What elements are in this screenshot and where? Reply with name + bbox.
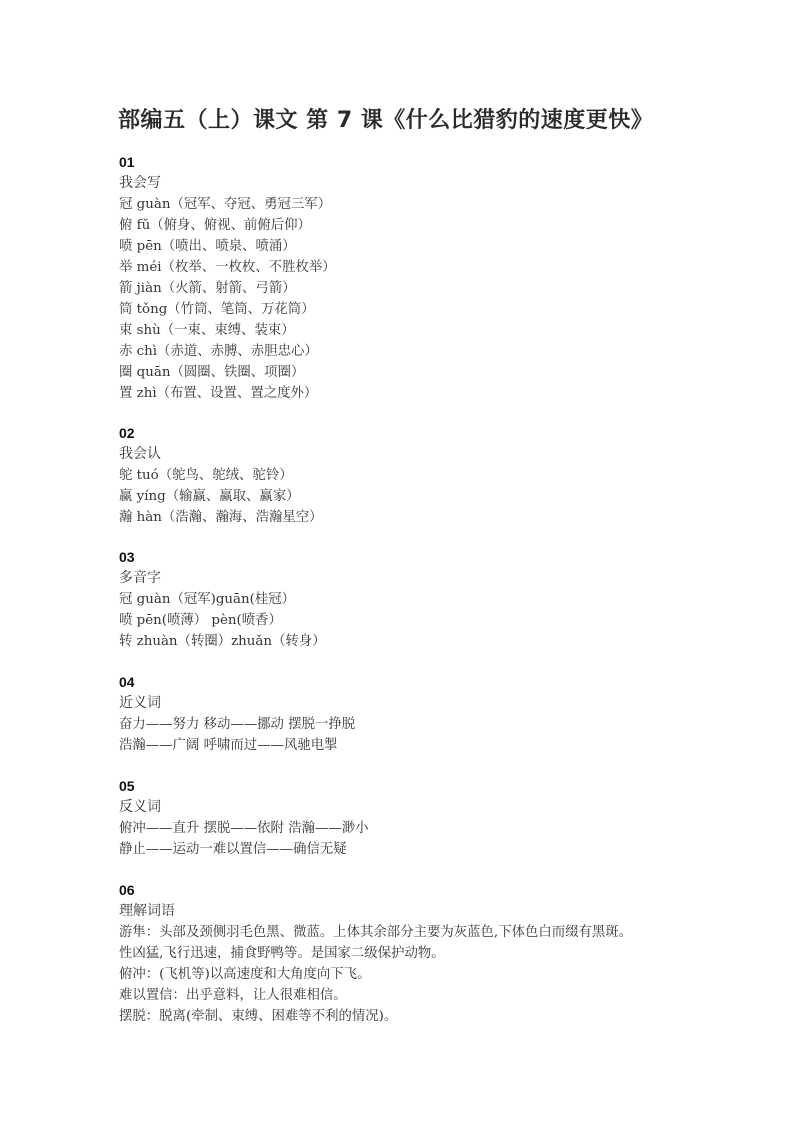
page-title: 部编五（上）课文 第 7 课《什么比猎豹的速度更快》 [118,103,653,134]
document-page: 部编五（上）课文 第 7 课《什么比猎豹的速度更快》 01 我会写 冠 guàn… [0,0,793,1122]
list-item: 赤 chì（赤道、赤膊、赤胆忠心） [119,341,336,362]
list-item: 转 zhuàn（转圈）zhuǎn（转身） [119,631,326,652]
section-01: 01 我会写 冠 guàn（冠军、夺冠、勇冠三军） 俯 fǔ（俯身、俯视、前俯后… [119,152,336,404]
section-heading: 多音字 [119,568,326,589]
section-05: 05 反义词 俯冲——直升 摆脱——依附 浩瀚——渺小 静止——运动一难以置信—… [119,776,369,860]
list-item: 俯冲——直升 摆脱——依附 浩瀚——渺小 [119,818,369,839]
list-item: 置 zhì（布置、设置、置之度外） [119,383,336,404]
section-number: 02 [119,423,323,444]
section-04: 04 近义词 奋力——努力 移动——挪动 摆脱一挣脱 浩瀚——广阔 呼啸而过——… [119,672,355,756]
list-item: 举 méi（枚举、一枚枚、不胜枚举） [119,257,336,278]
list-item: 圈 quān（圆圈、铁圈、项圈） [119,362,336,383]
list-item: 鸵 tuó（鸵鸟、鸵绒、驼铃） [119,465,323,486]
section-number: 01 [119,152,336,173]
section-06: 06 理解词语 游隼：头部及颈侧羽毛色黑、微蓝。上体其余部分主要为灰蓝色,下体色… [119,880,632,1027]
list-item: 难以置信：出乎意料，让人很难相信。 [119,985,632,1006]
list-item: 冠 guàn（冠军、夺冠、勇冠三军） [119,194,336,215]
list-item: 冠 guàn（冠军)guān(桂冠） [119,589,326,610]
list-item: 浩瀚——广阔 呼啸而过——风驰电掣 [119,735,355,756]
section-heading: 我会写 [119,173,336,194]
list-item: 静止——运动一难以置信——确信无疑 [119,839,369,860]
section-heading: 我会认 [119,444,323,465]
list-item: 游隼：头部及颈侧羽毛色黑、微蓝。上体其余部分主要为灰蓝色,下体色白而缀有黑斑。 [119,922,632,943]
section-number: 06 [119,880,632,901]
section-heading: 反义词 [119,797,369,818]
list-item: 喷 pēn（喷出、喷泉、喷涌） [119,236,336,257]
list-item: 摆脱：脱离(牵制、束缚、困难等不利的情况)。 [119,1006,632,1027]
list-item: 筒 tǒng（竹筒、笔筒、万花筒） [119,299,336,320]
section-03: 03 多音字 冠 guàn（冠军)guān(桂冠） 喷 pēn(喷薄） pèn(… [119,547,326,652]
list-item: 束 shù（一束、束缚、装束） [119,320,336,341]
list-item: 奋力——努力 移动——挪动 摆脱一挣脱 [119,714,355,735]
list-item: 箭 jiàn（火箭、射箭、弓箭） [119,278,336,299]
list-item: 赢 yíng（输赢、赢取、赢家） [119,486,323,507]
section-number: 05 [119,776,369,797]
list-item: 俯冲：(飞机等)以高速度和大角度向下飞。 [119,964,632,985]
section-heading: 理解词语 [119,901,632,922]
list-item: 喷 pēn(喷薄） pèn(喷香） [119,610,326,631]
section-02: 02 我会认 鸵 tuó（鸵鸟、鸵绒、驼铃） 赢 yíng（输赢、赢取、赢家） … [119,423,323,528]
list-item: 俯 fǔ（俯身、俯视、前俯后仰） [119,215,336,236]
list-item: 瀚 hàn（浩瀚、瀚海、浩瀚星空） [119,507,323,528]
section-number: 04 [119,672,355,693]
section-number: 03 [119,547,326,568]
list-item: 性凶猛,飞行迅速，捕食野鸭等。是国家二级保护动物。 [119,943,632,964]
section-heading: 近义词 [119,693,355,714]
